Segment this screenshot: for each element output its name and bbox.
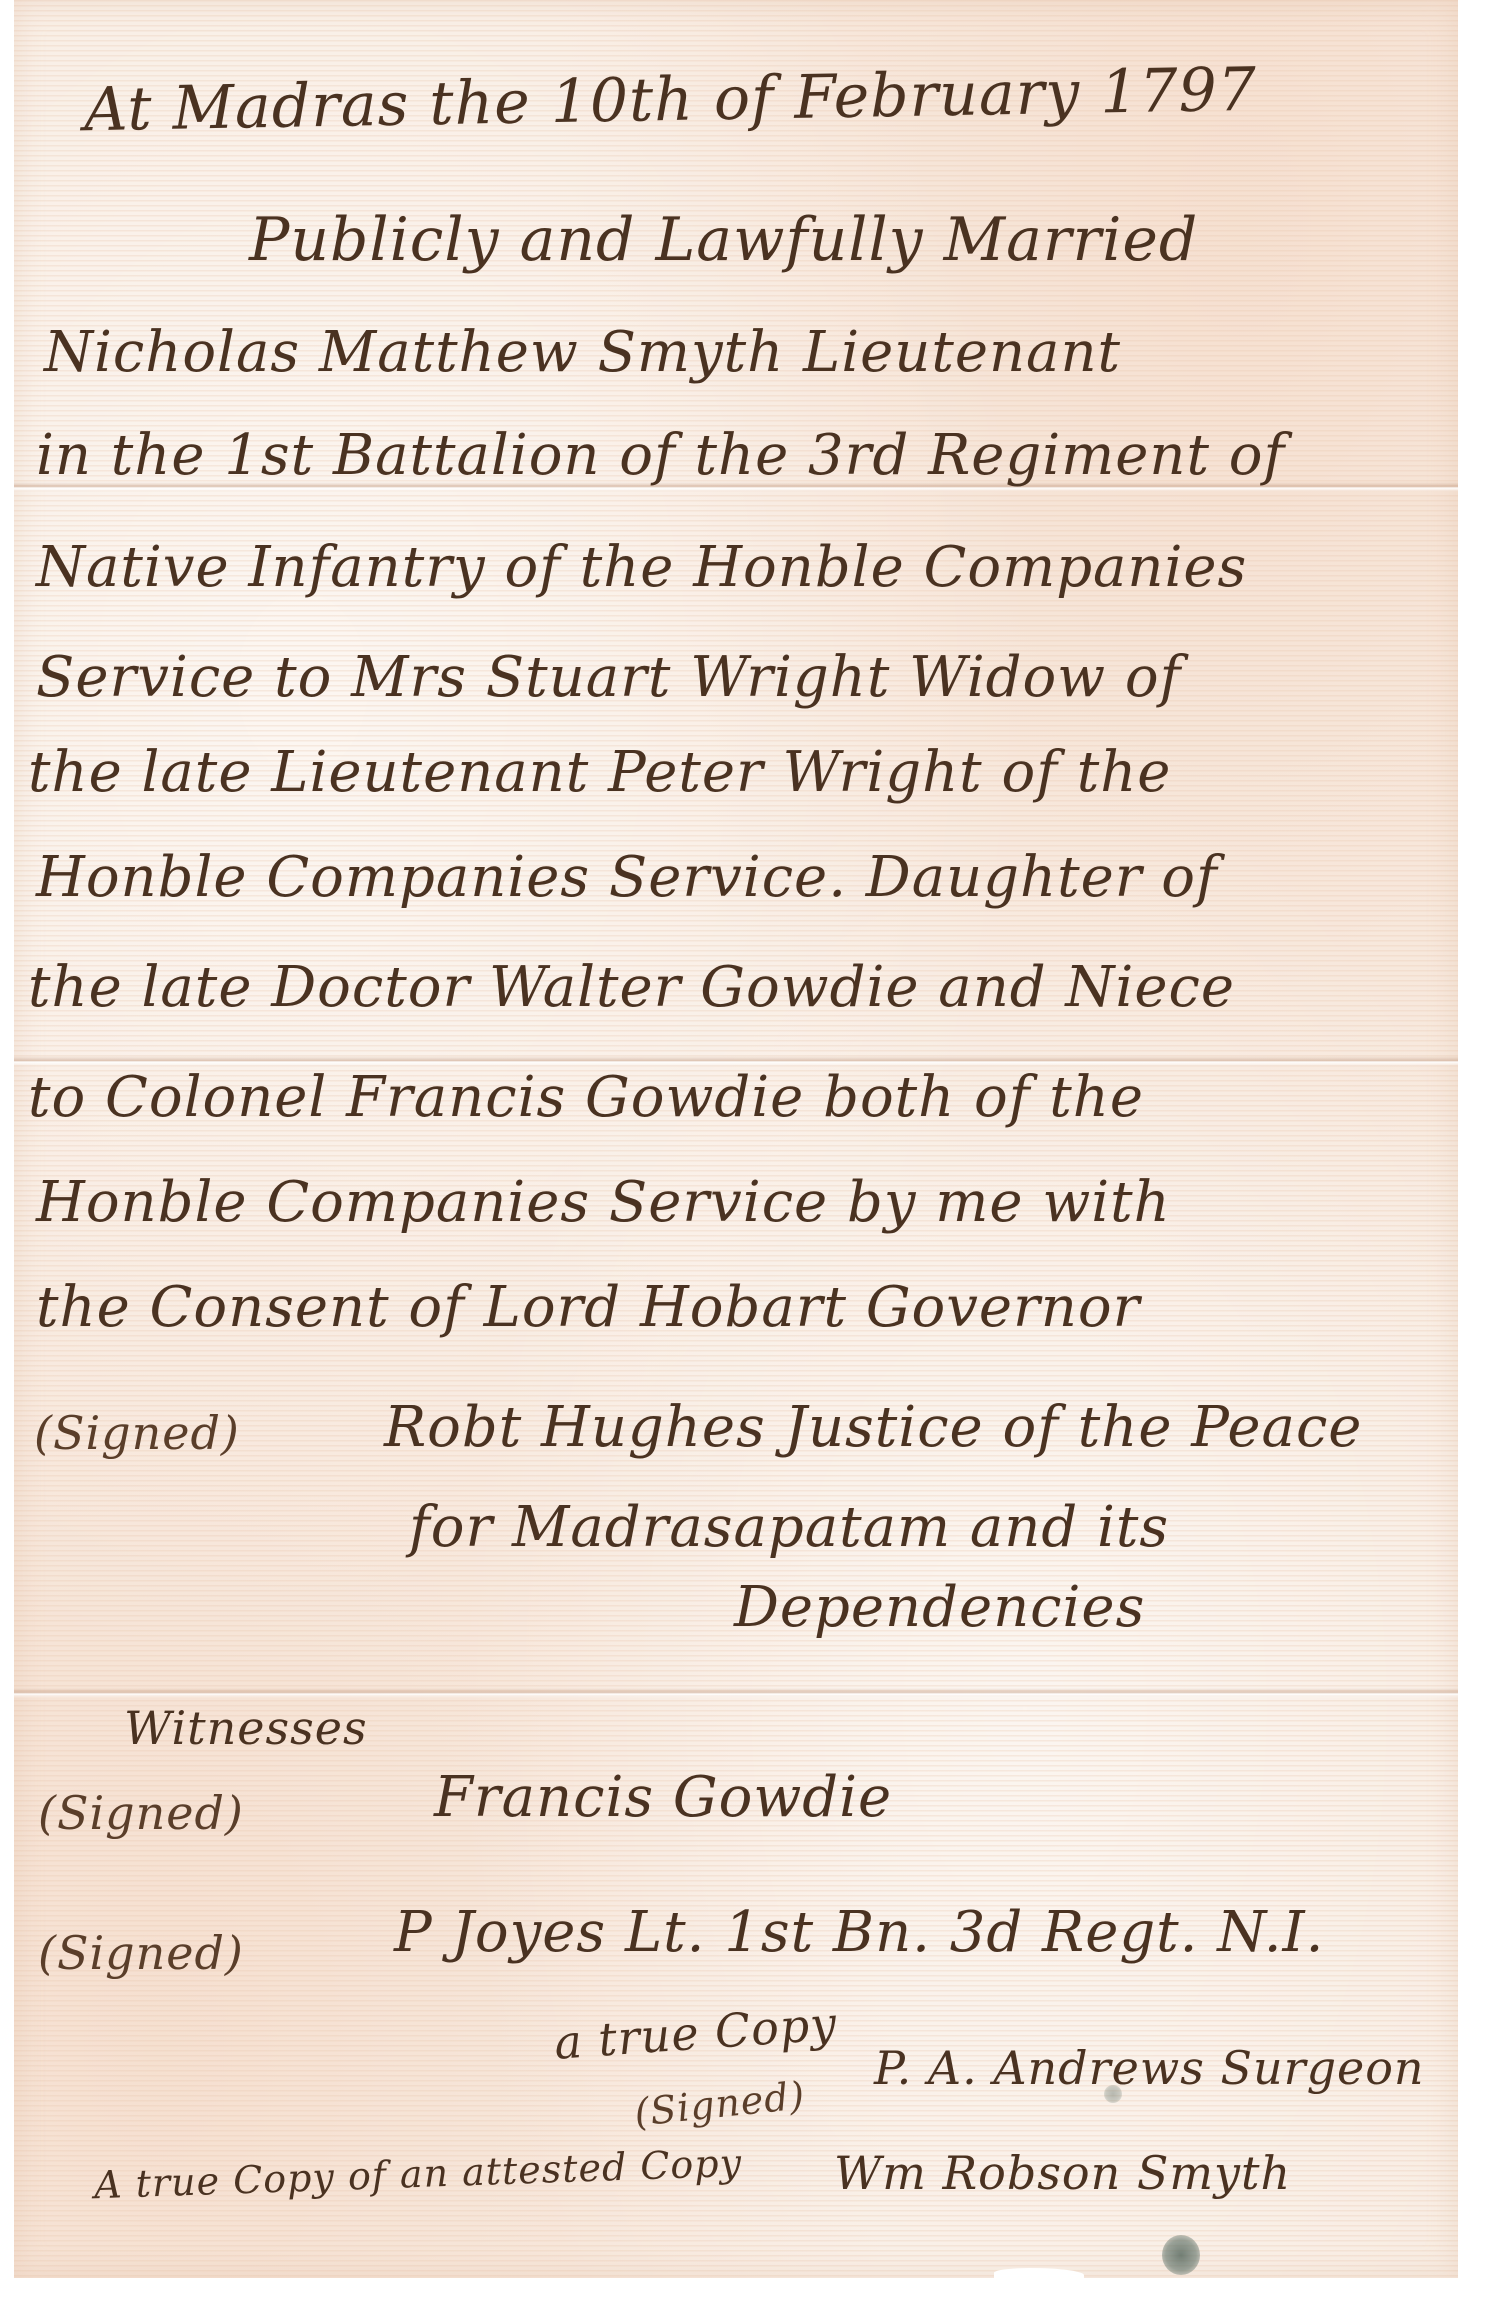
witness-1-signed-label: (Signed) [38,1790,244,1836]
date-line: At Madras the 10th of February 1797 [84,60,1258,140]
body-line-2: Nicholas Matthew Smyth Lieutenant [44,325,1121,381]
body-line-6: the late Lieutenant Peter Wright of the [28,745,1171,801]
justice-signed-label: (Signed) [34,1410,240,1456]
body-line-8: the late Doctor Walter Gowdie and Niece [28,960,1235,1016]
body-line-1: Publicly and Lawfully Married [249,210,1198,270]
body-line-3: in the 1st Battalion of the 3rd Regiment… [36,428,1285,484]
body-line-10: Honble Companies Service by me with [36,1175,1171,1231]
justice-signature-line-3: Dependencies [734,1580,1145,1636]
true-copy-label: a true Copy [553,2000,839,2066]
justice-signature-line-1: Robt Hughes Justice of the Peace [384,1400,1362,1456]
body-line-9: to Colonel Francis Gowdie both of the [28,1070,1144,1126]
witnesses-heading: Witnesses [124,1705,368,1751]
document-paper: At Madras the 10th of February 1797 Publ… [14,0,1458,2278]
ink-speck [1104,2085,1122,2103]
body-line-5: Service to Mrs Stuart Wright Widow of [36,650,1181,706]
attestation-signer: P. A. Andrews Surgeon [874,2045,1425,2091]
final-attestation-signer: Wm Robson Smyth [834,2150,1291,2196]
final-attestation-text: A true Copy of an attested Copy [94,2144,743,2205]
paper-tear [994,2268,1084,2280]
attestation-signed-label: (Signed) [632,2076,806,2132]
witness-2-name: P Joyes Lt. 1st Bn. 3d Regt. N.I. [394,1905,1324,1961]
witness-2-signed-label: (Signed) [38,1930,244,1976]
fold-line-lower [14,1688,1458,1698]
ink-blot [1162,2235,1200,2275]
justice-signature-line-2: for Madrasapatam and its [409,1500,1169,1556]
body-line-11: the Consent of Lord Hobart Governor [36,1280,1140,1336]
witness-1-name: Francis Gowdie [434,1770,892,1826]
body-line-4: Native Infantry of the Honble Companies [36,540,1247,596]
body-line-7: Honble Companies Service. Daughter of [36,850,1218,906]
